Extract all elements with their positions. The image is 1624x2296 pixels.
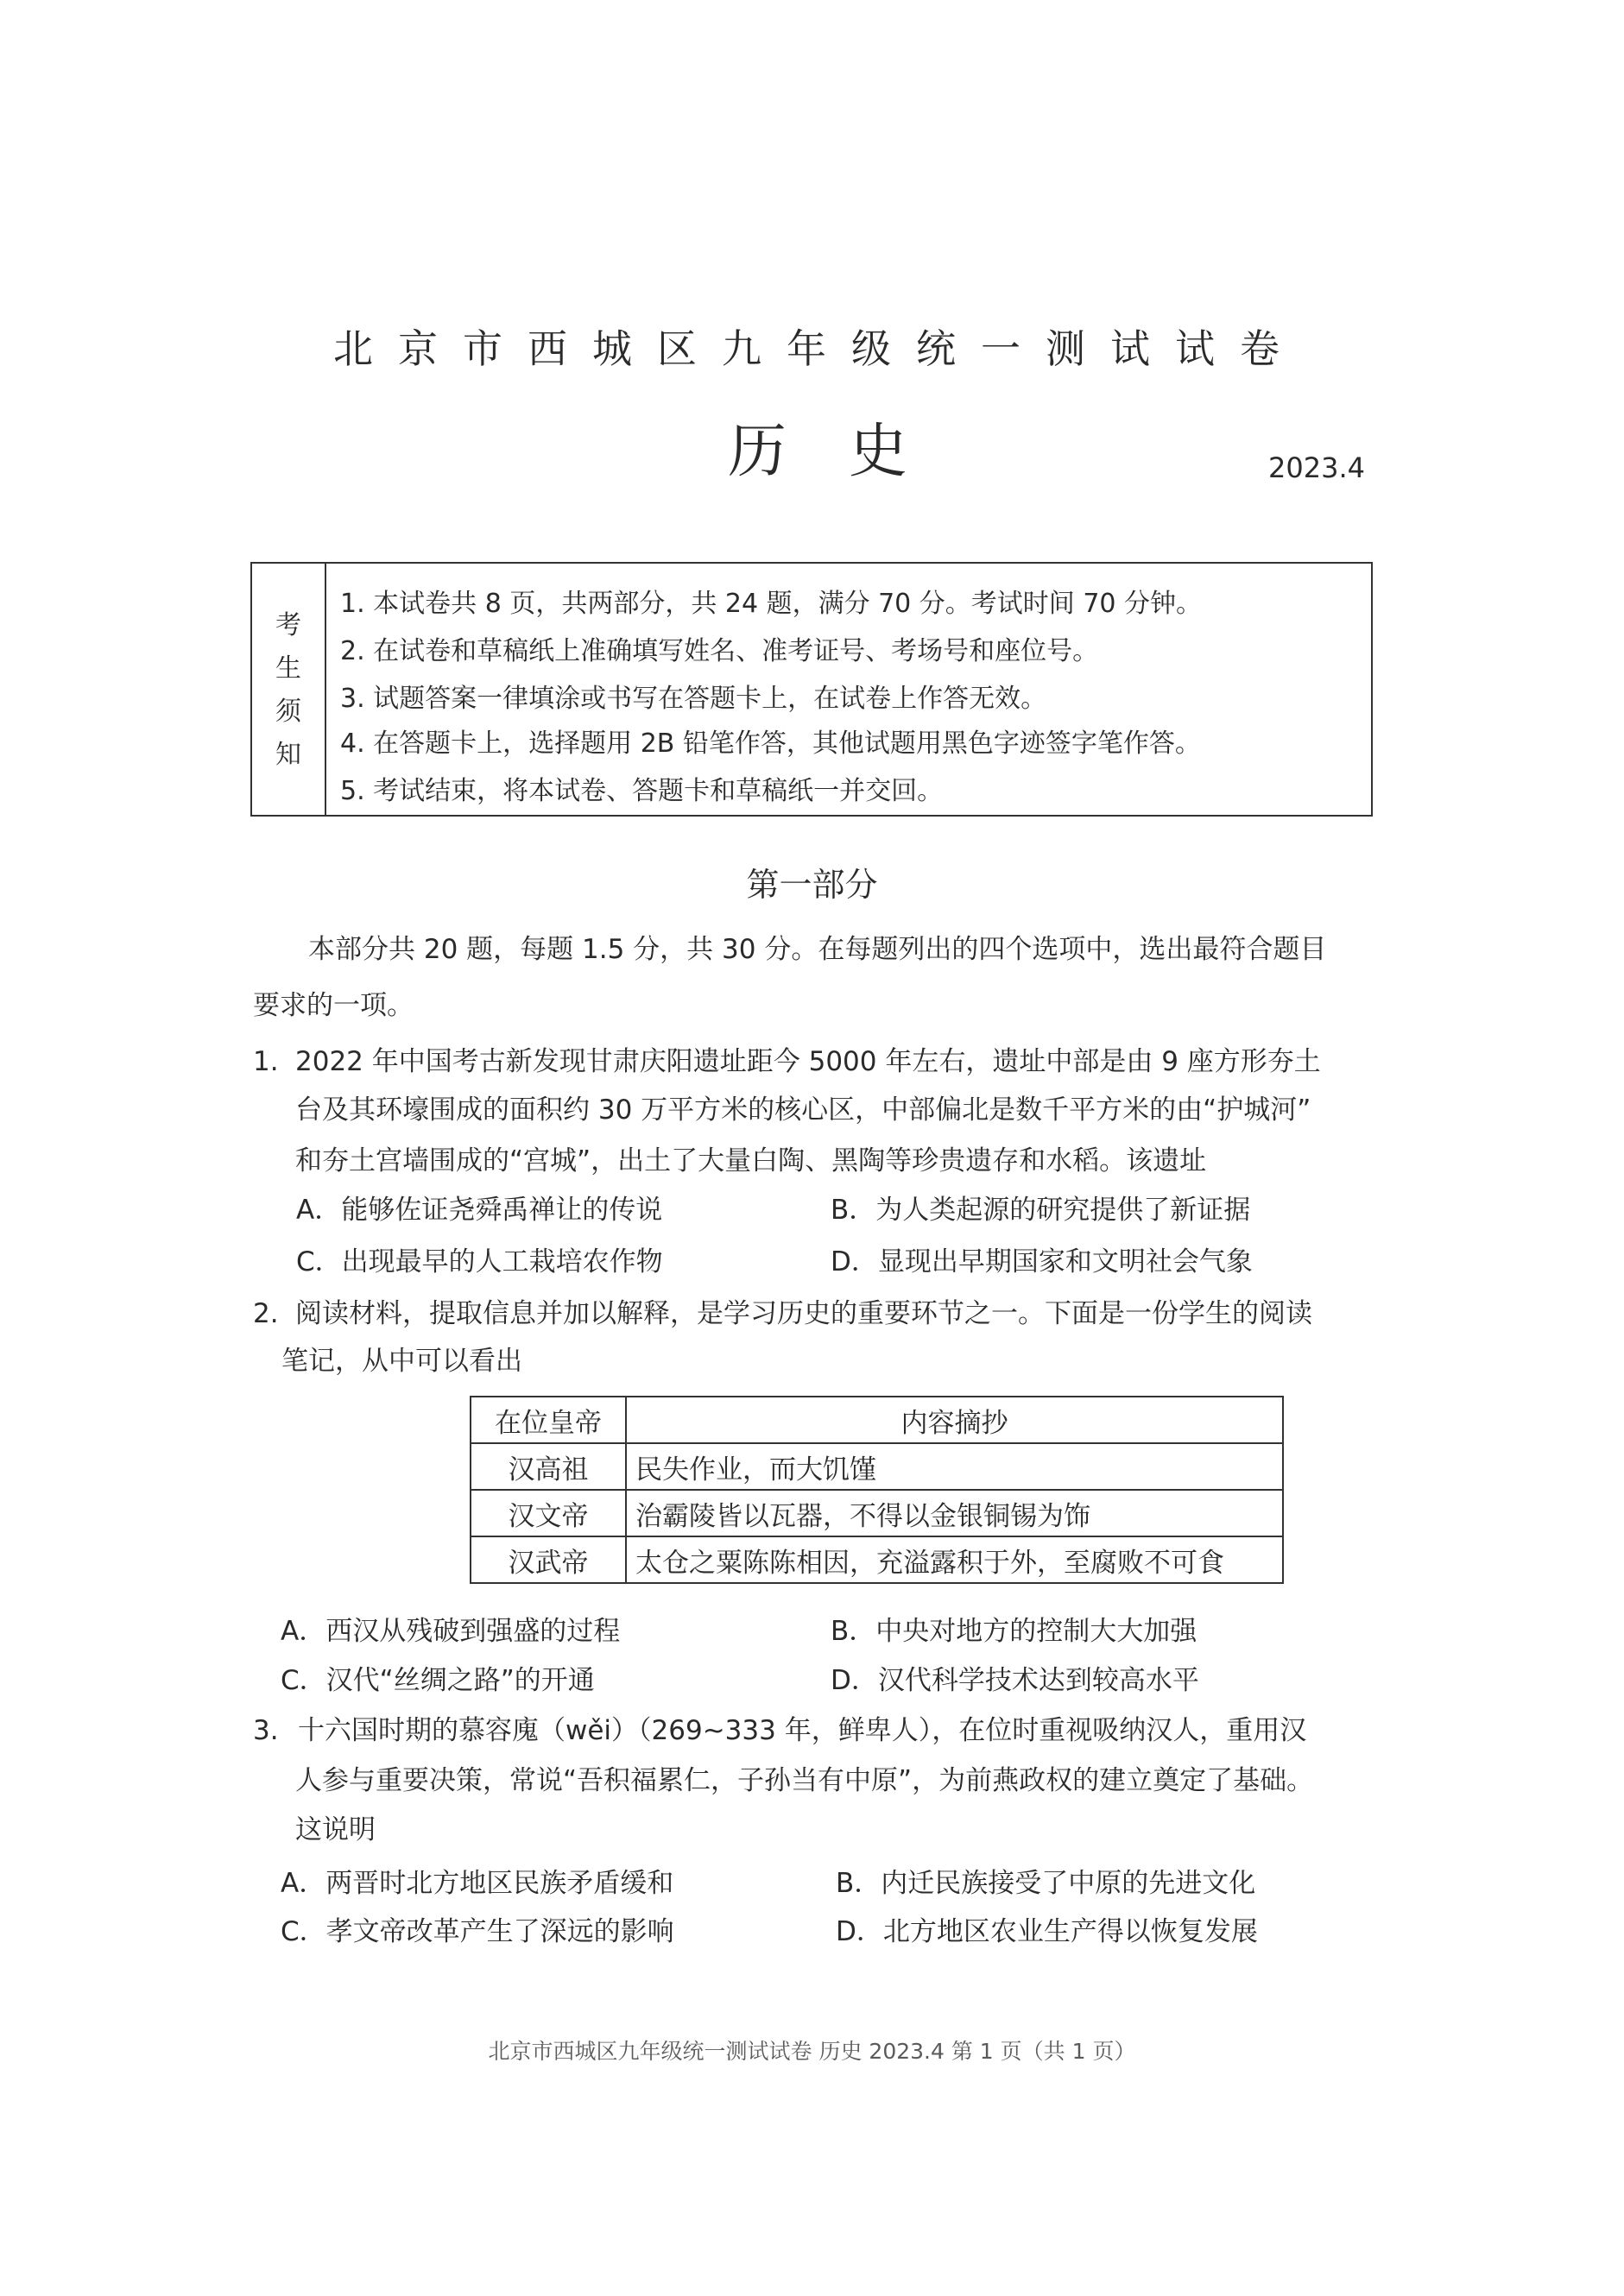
table-row: 汉文帝 治霸陵皆以瓦器，不得以金银铜锡为饰 bbox=[471, 1490, 1283, 1536]
table-header: 内容摘抄 bbox=[626, 1397, 1283, 1443]
reading-notes-table: 在位皇帝 内容摘抄 汉高祖 民失作业，而大饥馑 汉文帝 治霸陵皆以瓦器，不得以金… bbox=[470, 1396, 1284, 1584]
question-stem: 十六国时期的慕容廆（wěi）（269~333 年，鲜卑人），在位时重视吸纳汉人，… bbox=[298, 1713, 1306, 1748]
question-stem: 台及其环壕围成的面积约 30 万平方米的核心区，中部偏北是数千平方米的由“护城河… bbox=[295, 1093, 1311, 1127]
option-a: A．能够佐证尧舜禹禅让的传说 bbox=[296, 1193, 662, 1227]
question-number: 3. bbox=[253, 1713, 279, 1748]
option-a: A．两晋时北方地区民族矛盾缓和 bbox=[281, 1866, 673, 1901]
subject-title: 历史 bbox=[728, 418, 970, 487]
question-stem: 笔记，从中可以看出 bbox=[281, 1344, 522, 1378]
notice-item: 1. 本试卷共 8 页，共两部分，共 24 题，满分 70 分。考试时间 70 … bbox=[340, 589, 1202, 620]
table-cell-emperor: 汉文帝 bbox=[471, 1490, 626, 1536]
exam-notice-box: 考 生 须 知 1. 本试卷共 8 页，共两部分，共 24 题，满分 70 分。… bbox=[250, 562, 1373, 817]
question-number: 1. bbox=[253, 1044, 279, 1079]
option-c: C．出现最早的人工栽培农作物 bbox=[296, 1245, 663, 1279]
table-cell-emperor: 汉高祖 bbox=[471, 1443, 626, 1490]
table-row: 汉武帝 太仓之粟陈陈相因，充溢露积于外，至腐败不可食 bbox=[471, 1536, 1283, 1583]
notice-label-char: 生 bbox=[252, 654, 325, 684]
option-b: B．为人类起源的研究提供了新证据 bbox=[831, 1193, 1250, 1227]
question-number: 2. bbox=[253, 1296, 279, 1331]
table-cell-content: 太仓之粟陈陈相因，充溢露积于外，至腐败不可食 bbox=[626, 1536, 1283, 1583]
table-cell-emperor: 汉武帝 bbox=[471, 1536, 626, 1583]
option-d: D．汉代科学技术达到较高水平 bbox=[831, 1663, 1199, 1698]
table-header-row: 在位皇帝 内容摘抄 bbox=[471, 1397, 1283, 1443]
notice-item: 2. 在试卷和草稿纸上准确填写姓名、准考证号、考场号和座位号。 bbox=[340, 636, 1098, 667]
option-d: D．北方地区农业生产得以恢复发展 bbox=[836, 1914, 1258, 1949]
notice-item: 3. 试题答案一律填涂或书写在答题卡上，在试卷上作答无效。 bbox=[340, 684, 1046, 715]
question-stem: 人参与重要决策，常说“吾积福累仁，子孙当有中原”，为前燕政权的建立奠定了基础。 bbox=[295, 1763, 1313, 1798]
option-c: C．汉代“丝绸之路”的开通 bbox=[281, 1663, 595, 1698]
table-header: 在位皇帝 bbox=[471, 1397, 626, 1443]
option-b: B．内迁民族接受了中原的先进文化 bbox=[836, 1866, 1255, 1901]
notice-label-char: 考 bbox=[252, 611, 325, 640]
question-stem: 2022 年中国考古新发现甘肃庆阳遗址距今 5000 年左右，遗址中部是由 9 … bbox=[295, 1044, 1321, 1079]
notice-item: 4. 在答题卡上，选择题用 2B 铅笔作答，其他试题用黑色字迹签字笔作答。 bbox=[340, 729, 1201, 760]
section-intro: 本部分共 20 题，每题 1.5 分，共 30 分。在每题列出的四个选项中，选出… bbox=[308, 932, 1326, 967]
option-c: C．孝文帝改革产生了深远的影响 bbox=[281, 1914, 674, 1949]
table-row: 汉高祖 民失作业，而大饥馑 bbox=[471, 1443, 1283, 1490]
option-a: A．西汉从残破到强盛的过程 bbox=[281, 1614, 620, 1649]
table-cell-content: 民失作业，而大饥馑 bbox=[626, 1443, 1283, 1490]
section-intro-cont: 要求的一项。 bbox=[253, 988, 414, 1023]
notice-label: 考 生 须 知 bbox=[252, 564, 326, 815]
option-b: B．中央对地方的控制大大加强 bbox=[831, 1614, 1197, 1649]
question-stem: 阅读材料，提取信息并加以解释，是学习历史的重要环节之一。下面是一份学生的阅读 bbox=[295, 1296, 1312, 1331]
exam-date: 2023.4 bbox=[1268, 452, 1365, 483]
exam-title: 北京市西城区九年级统一测试试卷 bbox=[333, 325, 1305, 373]
option-d: D．显现出早期国家和文明社会气象 bbox=[831, 1245, 1253, 1279]
table-cell-content: 治霸陵皆以瓦器，不得以金银铜锡为饰 bbox=[626, 1490, 1283, 1536]
notice-label-char: 须 bbox=[252, 697, 325, 727]
notice-label-char: 知 bbox=[252, 741, 325, 770]
page-footer: 北京市西城区九年级统一测试试卷 历史 2023.4 第 1 页（共 1 页） bbox=[0, 2039, 1624, 2065]
question-stem: 和夯土宫墙围成的“宫城”，出土了大量白陶、黑陶等珍贵遗存和水稻。该遗址 bbox=[295, 1144, 1206, 1178]
question-stem: 这说明 bbox=[295, 1813, 376, 1847]
notice-item: 5. 考试结束，将本试卷、答题卡和草稿纸一并交回。 bbox=[340, 776, 943, 807]
section-title: 第一部分 bbox=[0, 866, 1624, 904]
